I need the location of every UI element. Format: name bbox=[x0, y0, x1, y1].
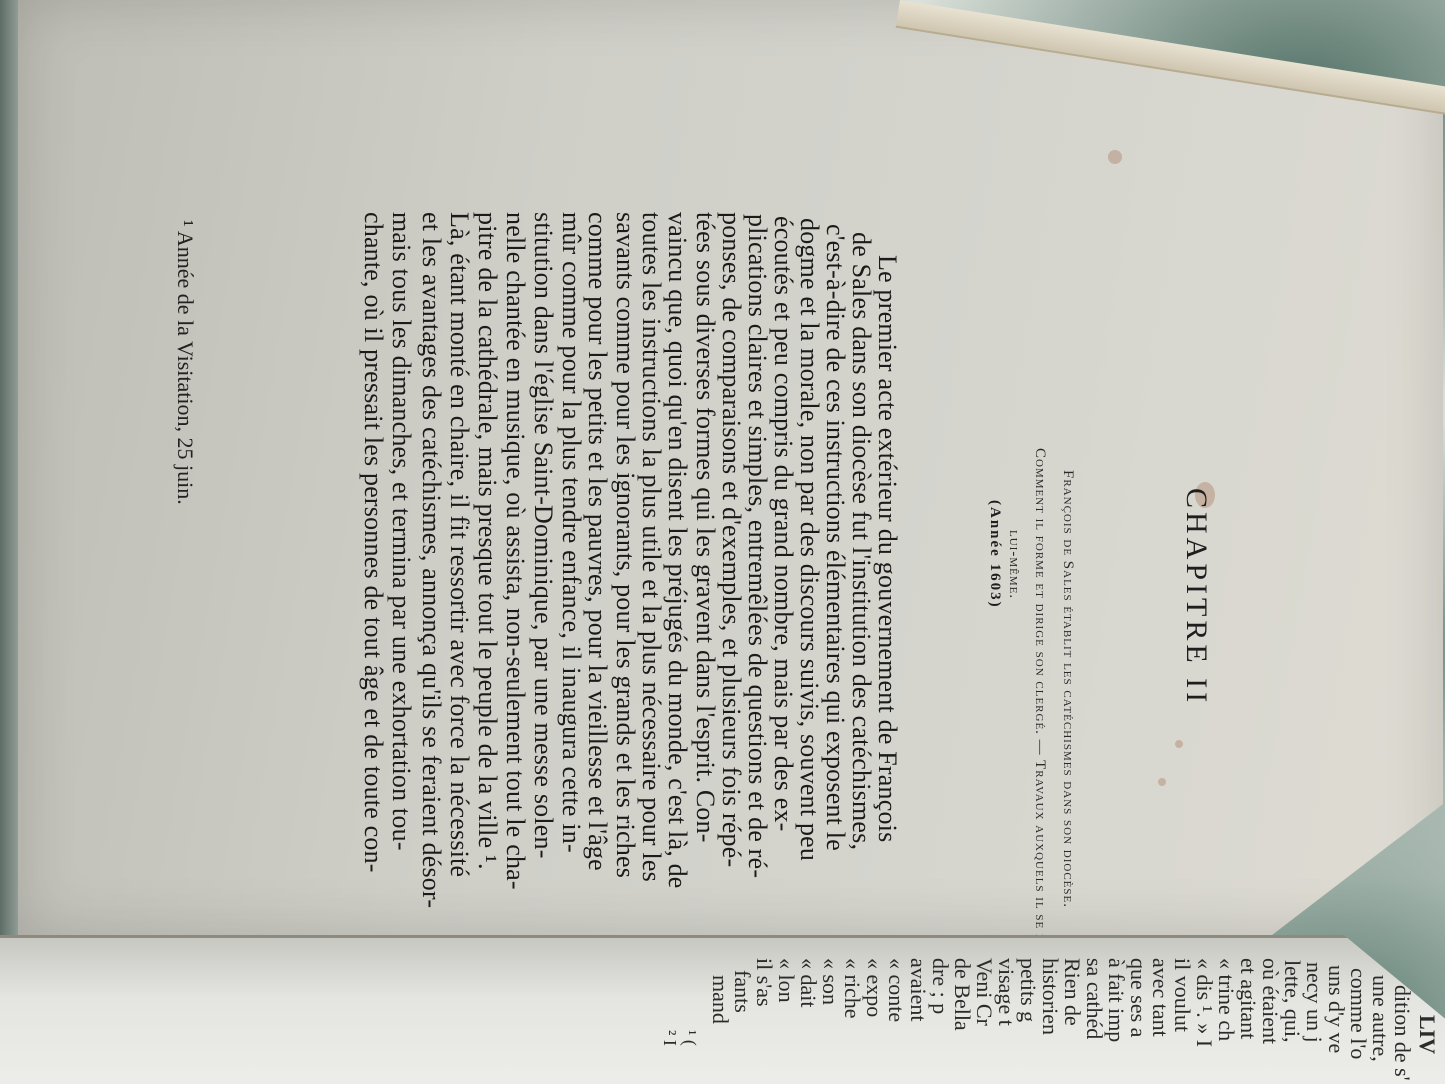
chapter-title: CHAPITRE II bbox=[1179, 488, 1213, 706]
body-line: nelle chantée en musique, où assista, no… bbox=[500, 212, 530, 890]
body-line: dogme et la morale, non par des discours… bbox=[794, 218, 824, 861]
body-line: plications claires et simples, entremêlé… bbox=[742, 214, 772, 878]
body-line: Le premier acte extérieur du gouvernemen… bbox=[872, 255, 902, 842]
body-line: savants comme pour les ignorants, pour l… bbox=[610, 212, 640, 878]
footnote: ¹ Année de la Visitation, 25 juin. bbox=[172, 220, 198, 505]
chapter-date: (Année 1603) bbox=[986, 500, 1003, 609]
body-line: mûr comme pour la plus tendre enfance, i… bbox=[556, 212, 586, 853]
body-line: Là, étant monté en chaire, il fit ressor… bbox=[444, 212, 474, 877]
body-line: comme pour les petits et les pauvres, po… bbox=[582, 212, 612, 871]
body-line: pitre de la cathédrale, mais presque tou… bbox=[472, 212, 502, 870]
body-line: de Sales dans son diocèse fut l'institut… bbox=[846, 232, 876, 850]
body-line: toutes les instructions la plus utile et… bbox=[636, 212, 666, 882]
body-line: ponses, de comparaisons et d'exemples, e… bbox=[716, 212, 746, 867]
chapter-subtitle-line: Comment il forme et dirige son clergé. —… bbox=[1031, 448, 1048, 971]
body-line: mais tous les dimanches, et termina par … bbox=[386, 212, 416, 851]
facing-footnote: ¹ ( bbox=[679, 1030, 700, 1046]
facing-line: mand bbox=[707, 975, 733, 1024]
foxing-spot bbox=[1158, 778, 1166, 786]
body-line: tées sous diverses formes qui les graven… bbox=[690, 212, 720, 843]
chapter-subtitle-line: lui-même. bbox=[1005, 530, 1022, 599]
body-line: c'est-à-dire de ces instructions élément… bbox=[820, 224, 850, 851]
foxing-spot bbox=[1108, 150, 1122, 164]
facing-footnote: ² I bbox=[659, 1030, 680, 1046]
foxing-spot bbox=[1175, 740, 1183, 748]
body-line: écoutés et peu compris du grand nombre, … bbox=[768, 216, 798, 832]
facing-header: LIV bbox=[1414, 1015, 1440, 1054]
chapter-subtitle-line: François de Sales établit les catéchisme… bbox=[1059, 470, 1076, 908]
body-line: stitution dans l'église Saint-Dominique,… bbox=[528, 212, 558, 859]
body-line: vaincu que, quoi qu'en disent les préjug… bbox=[662, 212, 692, 889]
body-line: et les avantages des catéchismes, annonç… bbox=[416, 212, 446, 908]
body-line: chante, où il pressait les personnes de … bbox=[358, 212, 388, 873]
